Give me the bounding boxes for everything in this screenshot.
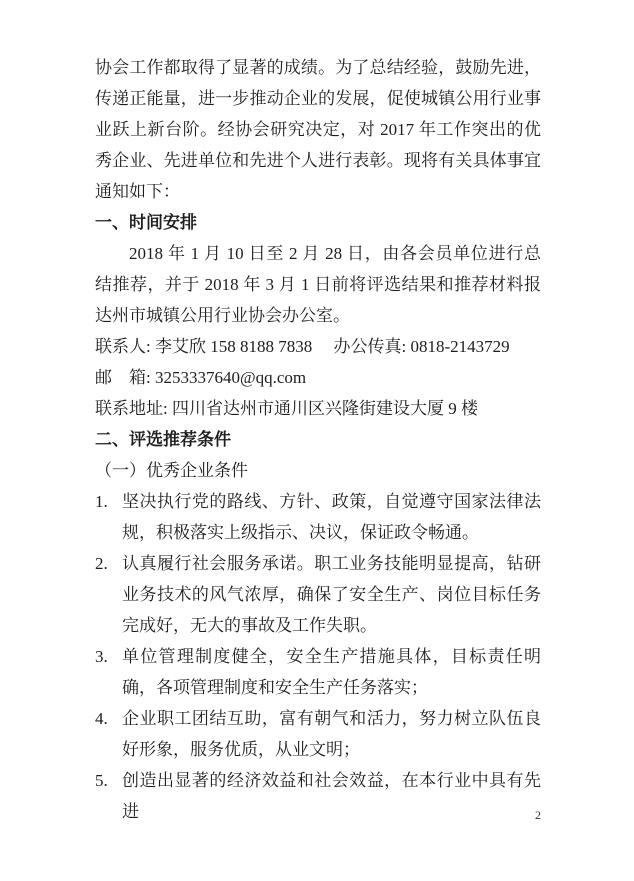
list-item: 2. 认真履行社会服务承诺。职工业务技能明显提高，钻研业务技术的风气浓厚，确保了… (95, 548, 541, 641)
list-item: 5. 创造出显著的经济效益和社会效益，在本行业中具有先进 (95, 765, 541, 827)
contact-address-line: 联系地址: 四川省达州市通川区兴隆街建设大厦 9 楼 (95, 393, 541, 424)
list-item: 4. 企业职工团结互助，富有朝气和活力，努力树立队伍良好形象，服务优质，从业文明… (95, 703, 541, 765)
list-item-number: 3. (95, 641, 108, 672)
document-content: 协会工作都取得了显著的成绩。为了总结经验，鼓励先进，传递正能量，进一步推动企业的… (95, 52, 541, 827)
section2-heading: 二、评选推荐条件 (95, 424, 541, 455)
contact-person-line: 联系人: 李艾欣 158 8188 7838 办公传真: 0818-214372… (95, 331, 541, 362)
intro-paragraph: 协会工作都取得了显著的成绩。为了总结经验，鼓励先进，传递正能量，进一步推动企业的… (95, 52, 541, 207)
list-item-number: 5. (95, 765, 108, 796)
section2-subheading: （一）优秀企业条件 (95, 455, 541, 486)
contact-email-line: 邮 箱: 3253337640@qq.com (95, 362, 541, 393)
list-item-text: 认真履行社会服务承诺。职工业务技能明显提高，钻研业务技术的风气浓厚，确保了安全生… (122, 554, 541, 635)
list-item-text: 创造出显著的经济效益和社会效益，在本行业中具有先进 (122, 771, 541, 821)
list-item-text: 企业职工团结互助，富有朝气和活力，努力树立队伍良好形象，服务优质，从业文明； (122, 709, 541, 759)
list-item-text: 坚决执行党的路线、方针、政策，自觉遵守国家法律法规，积极落实上级指示、决议，保证… (122, 492, 541, 542)
section1-body: 2018 年 1 月 10 日至 2 月 28 日，由各会员单位进行总结推荐，并… (95, 238, 541, 331)
list-item-text: 单位管理制度健全，安全生产措施具体，目标责任明确，各项管理制度和安全生产任务落实… (122, 647, 541, 697)
page-number: 2 (528, 808, 548, 822)
list-item-number: 4. (95, 703, 108, 734)
list-item-number: 1. (95, 486, 108, 517)
document-page: 协会工作都取得了显著的成绩。为了总结经验，鼓励先进，传递正能量，进一步推动企业的… (0, 0, 634, 881)
list-item: 1. 坚决执行党的路线、方针、政策，自觉遵守国家法律法规，积极落实上级指示、决议… (95, 486, 541, 548)
list-item: 3. 单位管理制度健全，安全生产措施具体，目标责任明确，各项管理制度和安全生产任… (95, 641, 541, 703)
section1-heading: 一、时间安排 (95, 207, 541, 238)
list-item-number: 2. (95, 548, 108, 579)
